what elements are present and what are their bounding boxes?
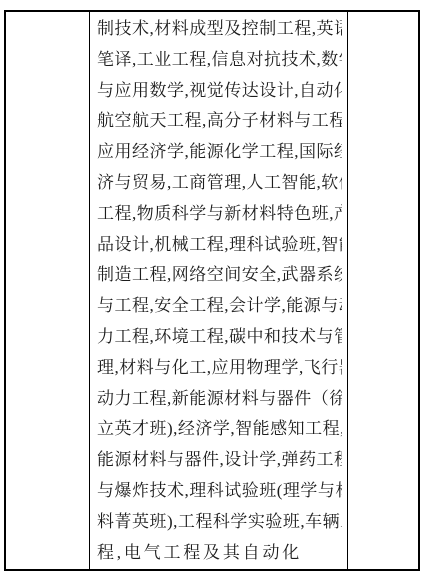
majors-text-line: 程,电气工程及其自动化: [97, 538, 342, 569]
majors-table: 制技术,材料成型及控制工程,英语 笔译,工业工程,信息对抗技术,数学 与应用数学…: [4, 10, 420, 571]
majors-text-line: 料菁英班),工程科学实验班,车辆工: [97, 507, 342, 538]
majors-text-line: 动力工程,新能源材料与器件（徐特: [97, 384, 342, 415]
majors-text-line: 力工程,环境工程,碳中和技术与管: [97, 322, 342, 353]
majors-text-line: 与应用数学,视觉传达设计,自动化,: [97, 76, 342, 107]
majors-text-line: 理,材料与化工,应用物理学,飞行器: [97, 353, 342, 384]
table-cell-majors-list: 制技术,材料成型及控制工程,英语 笔译,工业工程,信息对抗技术,数学 与应用数学…: [90, 12, 347, 569]
table-cell-left-empty: [6, 12, 90, 569]
majors-text-line: 制技术,材料成型及控制工程,英语: [97, 14, 342, 45]
majors-text-line: 航空航天工程,高分子材料与工程,: [97, 106, 342, 137]
majors-text-line: 笔译,工业工程,信息对抗技术,数学: [97, 45, 342, 76]
majors-text-line: 应用经济学,能源化学工程,国际经: [97, 137, 342, 168]
majors-text-line: 立英才班),经济学,智能感知工程,新: [97, 414, 342, 445]
majors-text-line: 与工程,安全工程,会计学,能源与动: [97, 291, 342, 322]
majors-text-line: 能源材料与器件,设计学,弹药工程: [97, 445, 342, 476]
majors-text-line: 品设计,机械工程,理科试验班,智能: [97, 230, 342, 261]
majors-text-line: 与爆炸技术,理科试验班(理学与材: [97, 476, 342, 507]
majors-text-line: 制造工程,网络空间安全,武器系统: [97, 260, 342, 291]
majors-text-line: 济与贸易,工商管理,人工智能,软件: [97, 168, 342, 199]
majors-text-line: 工程,物质科学与新材料特色班,产: [97, 199, 342, 230]
table-cell-right-empty: [347, 12, 418, 569]
